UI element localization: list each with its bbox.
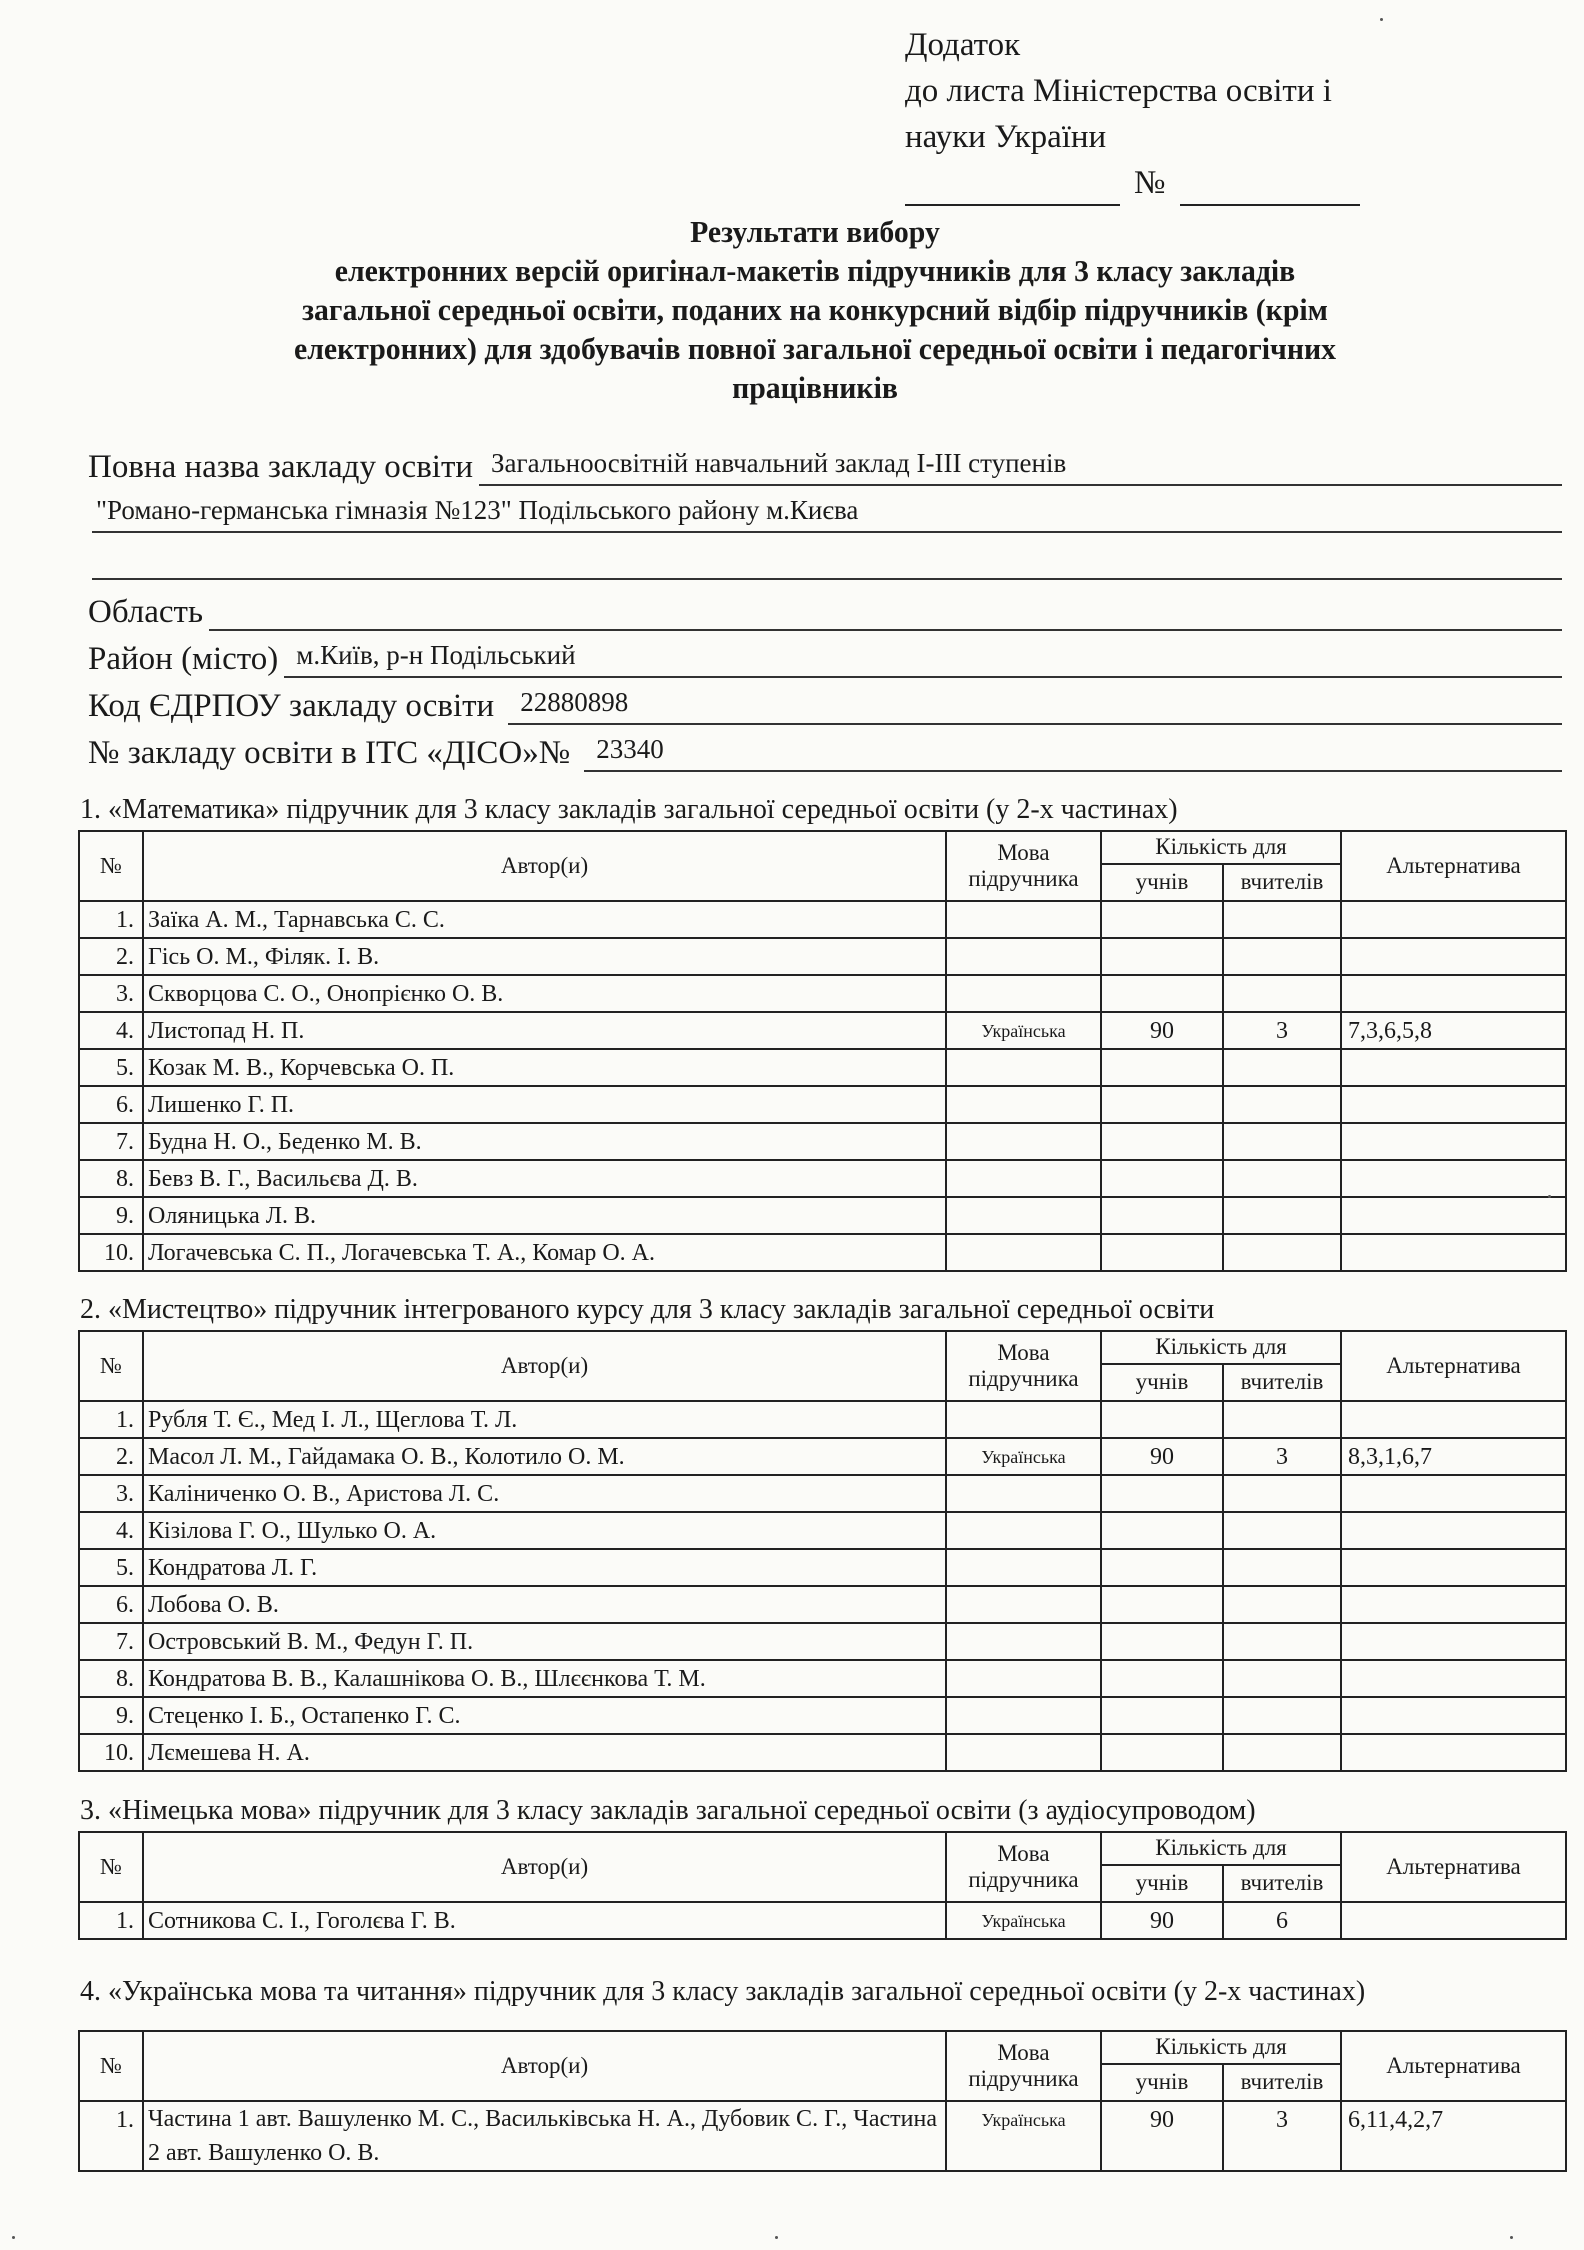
row-number: 5. xyxy=(79,1549,143,1586)
row-students xyxy=(1101,1197,1223,1234)
row-teachers xyxy=(1223,1475,1341,1512)
full-name-field-cont: "Романо-германська гімназія №123" Поділь… xyxy=(92,487,1562,533)
header-language-2: підручника xyxy=(968,866,1078,891)
row-students xyxy=(1101,1234,1223,1271)
row-teachers: 6 xyxy=(1223,1902,1341,1939)
row-students xyxy=(1101,1623,1223,1660)
row-language xyxy=(946,1401,1101,1438)
header-language-1: Мова xyxy=(997,840,1049,865)
row-number: 7. xyxy=(79,1623,143,1660)
row-number: 3. xyxy=(79,975,143,1012)
header-num: № xyxy=(79,1832,143,1902)
row-students: 90 xyxy=(1101,1902,1223,1939)
row-language xyxy=(946,1475,1101,1512)
district-label: Район (місто) xyxy=(88,641,278,678)
table-row: 8. Кондратова В. В., Калашнікова О. В., … xyxy=(79,1660,1566,1697)
results-table: № Автор(и) Мовапідручника Кількість для … xyxy=(78,1330,1567,1772)
row-alternative xyxy=(1341,1623,1566,1660)
row-language xyxy=(946,901,1101,938)
row-teachers xyxy=(1223,1734,1341,1771)
row-students xyxy=(1101,975,1223,1012)
scan-speck xyxy=(1380,18,1383,21)
row-language xyxy=(946,1586,1101,1623)
row-alternative xyxy=(1341,1660,1566,1697)
full-name-label: Повна назва закладу освіти xyxy=(88,449,473,486)
row-alternative xyxy=(1341,1734,1566,1771)
table-row: 9. Оляницька Л. В. xyxy=(79,1197,1566,1234)
row-teachers xyxy=(1223,1401,1341,1438)
row-language xyxy=(946,1234,1101,1271)
section-title: 2. «Мистецтво» підручник інтегрованого к… xyxy=(80,1290,1570,1330)
row-authors: Бевз В. Г., Васильєва Д. В. xyxy=(143,1160,946,1197)
row-number: 9. xyxy=(79,1697,143,1734)
row-students xyxy=(1101,1586,1223,1623)
row-authors: Логачевська С. П., Логачевська Т. А., Ко… xyxy=(143,1234,946,1271)
row-number: 4. xyxy=(79,1512,143,1549)
row-teachers xyxy=(1223,1660,1341,1697)
edrpou-field: Код ЄДРПОУ закладу освіти 22880898 xyxy=(88,679,1562,725)
header-language: Мовапідручника xyxy=(946,2031,1101,2101)
itc-field: № закладу освіти в ІТС «ДІСО»№ 23340 xyxy=(88,726,1562,772)
row-number: 2. xyxy=(79,938,143,975)
row-language: Українська xyxy=(946,2101,1101,2171)
full-name-blank-line xyxy=(92,578,1562,580)
row-alternative xyxy=(1341,1234,1566,1271)
header-language-1: Мова xyxy=(997,1340,1049,1365)
table-row: 8. Бевз В. Г., Васильєва Д. В. xyxy=(79,1160,1566,1197)
table-row: 1. Частина 1 авт. Вашуленко М. С., Васил… xyxy=(79,2101,1566,2171)
table-row: 3. Скворцова С. О., Онопрієнко О. В. xyxy=(79,975,1566,1012)
scan-speck xyxy=(1548,1195,1551,1198)
row-language: Українська xyxy=(946,1902,1101,1939)
header-alternative: Альтернатива xyxy=(1341,1832,1566,1902)
results-table: № Автор(и) Мовапідручника Кількість для … xyxy=(78,1831,1567,1940)
table-row: 4. Листопад Н. П. Українська 90 3 7,3,6,… xyxy=(79,1012,1566,1049)
row-students xyxy=(1101,1160,1223,1197)
row-authors: Рубля Т. Є., Мед І. Л., Щеглова Т. Л. xyxy=(143,1401,946,1438)
header-quantity: Кількість для xyxy=(1101,1331,1341,1364)
header-language: Мовапідручника xyxy=(946,1331,1101,1401)
table-row: 1. Рубля Т. Є., Мед І. Л., Щеглова Т. Л. xyxy=(79,1401,1566,1438)
row-students: 90 xyxy=(1101,1012,1223,1049)
header-num: № xyxy=(79,2031,143,2101)
document-title: Результати вибору електронних версій ори… xyxy=(109,212,1520,407)
row-alternative: 6,11,4,2,7 xyxy=(1341,2101,1566,2171)
row-alternative xyxy=(1341,1049,1566,1086)
row-number: 8. xyxy=(79,1660,143,1697)
header-teachers: вчителів xyxy=(1223,1364,1341,1401)
row-teachers xyxy=(1223,1512,1341,1549)
row-alternative: 7,3,6,5,8 xyxy=(1341,1012,1566,1049)
table-row: 4. Кізілова Г. О., Шулько О. А. xyxy=(79,1512,1566,1549)
itc-value: 23340 xyxy=(584,732,1562,772)
row-students xyxy=(1101,901,1223,938)
header-alternative: Альтернатива xyxy=(1341,1331,1566,1401)
header-authors: Автор(и) xyxy=(143,831,946,901)
header-authors: Автор(и) xyxy=(143,2031,946,2101)
results-table: № Автор(и) Мовапідручника Кількість для … xyxy=(78,830,1567,1272)
row-alternative xyxy=(1341,1160,1566,1197)
appendix-number-line: № xyxy=(905,160,1360,206)
header-language-1: Мова xyxy=(997,2040,1049,2065)
section-title: 3. «Німецька мова» підручник для 3 класу… xyxy=(80,1791,1570,1831)
row-alternative xyxy=(1341,1902,1566,1939)
table-row: 5. Кондратова Л. Г. xyxy=(79,1549,1566,1586)
row-number: 6. xyxy=(79,1586,143,1623)
header-alternative: Альтернатива xyxy=(1341,2031,1566,2101)
header-students: учнів xyxy=(1101,1865,1223,1902)
row-students xyxy=(1101,1512,1223,1549)
scan-speck xyxy=(1510,2236,1513,2239)
row-language xyxy=(946,938,1101,975)
row-teachers xyxy=(1223,1123,1341,1160)
header-language: Мовапідручника xyxy=(946,831,1101,901)
row-alternative: 8,3,1,6,7 xyxy=(1341,1438,1566,1475)
row-language xyxy=(946,1623,1101,1660)
section-title: 4. «Українська мова та читання» підручни… xyxy=(80,1972,1570,2012)
region-label: Область xyxy=(88,594,203,631)
row-number: 1. xyxy=(79,1401,143,1438)
row-students xyxy=(1101,1734,1223,1771)
row-number: 1. xyxy=(79,2101,143,2171)
row-number: 3. xyxy=(79,1475,143,1512)
row-teachers xyxy=(1223,1234,1341,1271)
row-teachers: 3 xyxy=(1223,2101,1341,2171)
full-name-field: Повна назва закладу освіти Загальноосвіт… xyxy=(88,440,1562,486)
section-title: 1. «Математика» підручник для 3 класу за… xyxy=(80,790,1570,830)
table-row: 3. Каліниченко О. В., Аристова Л. С. xyxy=(79,1475,1566,1512)
row-authors: Лишенко Г. П. xyxy=(143,1086,946,1123)
appendix-line-1: Додаток xyxy=(905,22,1360,68)
district-field: Район (місто) м.Київ, р-н Подільський xyxy=(88,632,1562,678)
row-teachers xyxy=(1223,901,1341,938)
title-line-2: електронних версій оригінал-макетів підр… xyxy=(109,251,1520,290)
header-language: Мовапідручника xyxy=(946,1832,1101,1902)
header-quantity: Кількість для xyxy=(1101,2031,1341,2064)
row-authors: Кондратова Л. Г. xyxy=(143,1549,946,1586)
row-authors: Заїка А. М., Тарнавська С. С. xyxy=(143,901,946,938)
edrpou-value: 22880898 xyxy=(508,685,1562,725)
header-language-2: підручника xyxy=(968,1366,1078,1391)
row-authors: Лобова О. В. xyxy=(143,1586,946,1623)
row-students xyxy=(1101,1475,1223,1512)
header-num: № xyxy=(79,1331,143,1401)
full-name-value-1: Загальноосвітній навчальний заклад I-III… xyxy=(479,446,1562,486)
header-authors: Автор(и) xyxy=(143,1331,946,1401)
row-language xyxy=(946,975,1101,1012)
row-authors: Каліниченко О. В., Аристова Л. С. xyxy=(143,1475,946,1512)
row-authors: Островський В. М., Федун Г. П. xyxy=(143,1623,946,1660)
appendix-line-2: до листа Міністерства освіти і xyxy=(905,68,1360,114)
scan-speck xyxy=(775,2236,778,2239)
header-language-2: підручника xyxy=(968,1867,1078,1892)
row-number: 9. xyxy=(79,1197,143,1234)
row-authors: Частина 1 авт. Вашуленко М. С., Василькі… xyxy=(143,2101,946,2171)
row-alternative xyxy=(1341,1586,1566,1623)
row-language xyxy=(946,1160,1101,1197)
row-authors: Стеценко І. Б., Остапенко Г. С. xyxy=(143,1697,946,1734)
row-teachers xyxy=(1223,1049,1341,1086)
row-authors: Листопад Н. П. xyxy=(143,1012,946,1049)
header-quantity: Кількість для xyxy=(1101,831,1341,864)
row-students xyxy=(1101,1549,1223,1586)
table-row: 7. Островський В. М., Федун Г. П. xyxy=(79,1623,1566,1660)
header-num: № xyxy=(79,831,143,901)
title-line-5: працівників xyxy=(109,368,1520,407)
appendix-header: Додаток до листа Міністерства освіти і н… xyxy=(905,22,1360,206)
row-students: 90 xyxy=(1101,2101,1223,2171)
row-students xyxy=(1101,1401,1223,1438)
row-teachers xyxy=(1223,938,1341,975)
row-language xyxy=(946,1549,1101,1586)
table-row: 10. Лємешева Н. А. xyxy=(79,1734,1566,1771)
row-alternative xyxy=(1341,1197,1566,1234)
table-row: 10. Логачевська С. П., Логачевська Т. А.… xyxy=(79,1234,1566,1271)
row-students xyxy=(1101,1697,1223,1734)
date-blank xyxy=(905,172,1120,206)
row-teachers xyxy=(1223,1086,1341,1123)
row-authors: Кізілова Г. О., Шулько О. А. xyxy=(143,1512,946,1549)
table-row: 6. Лобова О. В. xyxy=(79,1586,1566,1623)
header-teachers: вчителів xyxy=(1223,2064,1341,2101)
row-students: 90 xyxy=(1101,1438,1223,1475)
row-number: 4. xyxy=(79,1012,143,1049)
row-number: 5. xyxy=(79,1049,143,1086)
scan-speck xyxy=(12,2236,15,2239)
row-number: 1. xyxy=(79,901,143,938)
row-alternative xyxy=(1341,1086,1566,1123)
row-authors: Будна Н. О., Беденко М. В. xyxy=(143,1123,946,1160)
row-language xyxy=(946,1049,1101,1086)
table-row: 6. Лишенко Г. П. xyxy=(79,1086,1566,1123)
row-teachers xyxy=(1223,1697,1341,1734)
header-students: учнів xyxy=(1101,864,1223,901)
title-line-1: Результати вибору xyxy=(109,212,1520,251)
title-line-4: електронних) для здобувачів повної загал… xyxy=(109,329,1520,368)
table-row: 2. Гісь О. М., Філяк. І. В. xyxy=(79,938,1566,975)
row-number: 8. xyxy=(79,1160,143,1197)
table-row: 5. Козак М. В., Корчевська О. П. xyxy=(79,1049,1566,1086)
row-teachers: 3 xyxy=(1223,1012,1341,1049)
row-number: 10. xyxy=(79,1234,143,1271)
row-number: 10. xyxy=(79,1734,143,1771)
header-quantity: Кількість для xyxy=(1101,1832,1341,1865)
row-language: Українська xyxy=(946,1438,1101,1475)
full-name-value-2: "Романо-германська гімназія №123" Поділь… xyxy=(92,493,1562,533)
row-students xyxy=(1101,1123,1223,1160)
row-authors: Скворцова С. О., Онопрієнко О. В. xyxy=(143,975,946,1012)
row-language xyxy=(946,1734,1101,1771)
row-teachers xyxy=(1223,975,1341,1012)
row-teachers xyxy=(1223,1160,1341,1197)
header-authors: Автор(и) xyxy=(143,1832,946,1902)
row-number: 2. xyxy=(79,1438,143,1475)
edrpou-label: Код ЄДРПОУ закладу освіти xyxy=(88,688,494,725)
row-teachers xyxy=(1223,1586,1341,1623)
row-authors: Кондратова В. В., Калашнікова О. В., Шлє… xyxy=(143,1660,946,1697)
row-authors: Масол Л. М., Гайдамака О. В., Колотило О… xyxy=(143,1438,946,1475)
row-alternative xyxy=(1341,1123,1566,1160)
row-alternative xyxy=(1341,901,1566,938)
table-row: 1. Сотникова С. І., Гоголєва Г. В. Украї… xyxy=(79,1902,1566,1939)
row-students xyxy=(1101,1049,1223,1086)
row-language xyxy=(946,1512,1101,1549)
row-authors: Гісь О. М., Філяк. І. В. xyxy=(143,938,946,975)
row-language xyxy=(946,1697,1101,1734)
table-row: 9. Стеценко І. Б., Остапенко Г. С. xyxy=(79,1697,1566,1734)
number-sign: № xyxy=(1134,160,1166,206)
row-language xyxy=(946,1197,1101,1234)
table-row: 7. Будна Н. О., Беденко М. В. xyxy=(79,1123,1566,1160)
row-students xyxy=(1101,1660,1223,1697)
region-value xyxy=(209,591,1562,631)
row-alternative xyxy=(1341,1512,1566,1549)
district-value: м.Київ, р-н Подільський xyxy=(284,638,1562,678)
row-authors: Сотникова С. І., Гоголєва Г. В. xyxy=(143,1902,946,1939)
row-teachers xyxy=(1223,1549,1341,1586)
appendix-line-3: науки України xyxy=(905,114,1360,160)
row-authors: Лємешева Н. А. xyxy=(143,1734,946,1771)
row-alternative xyxy=(1341,1697,1566,1734)
row-authors: Оляницька Л. В. xyxy=(143,1197,946,1234)
row-number: 6. xyxy=(79,1086,143,1123)
header-students: учнів xyxy=(1101,2064,1223,2101)
title-line-3: загальної середньої освіти, поданих на к… xyxy=(109,290,1520,329)
row-alternative xyxy=(1341,1549,1566,1586)
header-teachers: вчителів xyxy=(1223,864,1341,901)
table-row: 1. Заїка А. М., Тарнавська С. С. xyxy=(79,901,1566,938)
row-alternative xyxy=(1341,975,1566,1012)
header-teachers: вчителів xyxy=(1223,1865,1341,1902)
header-language-2: підручника xyxy=(968,2066,1078,2091)
row-students xyxy=(1101,938,1223,975)
results-table: № Автор(и) Мовапідручника Кількість для … xyxy=(78,2030,1567,2172)
header-students: учнів xyxy=(1101,1364,1223,1401)
row-alternative xyxy=(1341,1401,1566,1438)
row-language xyxy=(946,1086,1101,1123)
number-blank xyxy=(1180,172,1360,206)
row-teachers xyxy=(1223,1197,1341,1234)
header-language-1: Мова xyxy=(997,1841,1049,1866)
row-number: 1. xyxy=(79,1902,143,1939)
row-teachers: 3 xyxy=(1223,1438,1341,1475)
region-field: Область xyxy=(88,585,1562,631)
row-teachers xyxy=(1223,1623,1341,1660)
row-language: Українська xyxy=(946,1012,1101,1049)
row-alternative xyxy=(1341,1475,1566,1512)
row-students xyxy=(1101,1086,1223,1123)
row-alternative xyxy=(1341,938,1566,975)
table-row: 2. Масол Л. М., Гайдамака О. В., Колотил… xyxy=(79,1438,1566,1475)
row-language xyxy=(946,1123,1101,1160)
row-number: 7. xyxy=(79,1123,143,1160)
header-alternative: Альтернатива xyxy=(1341,831,1566,901)
row-authors: Козак М. В., Корчевська О. П. xyxy=(143,1049,946,1086)
itc-label: № закладу освіти в ІТС «ДІСО»№ xyxy=(88,735,570,772)
row-language xyxy=(946,1660,1101,1697)
